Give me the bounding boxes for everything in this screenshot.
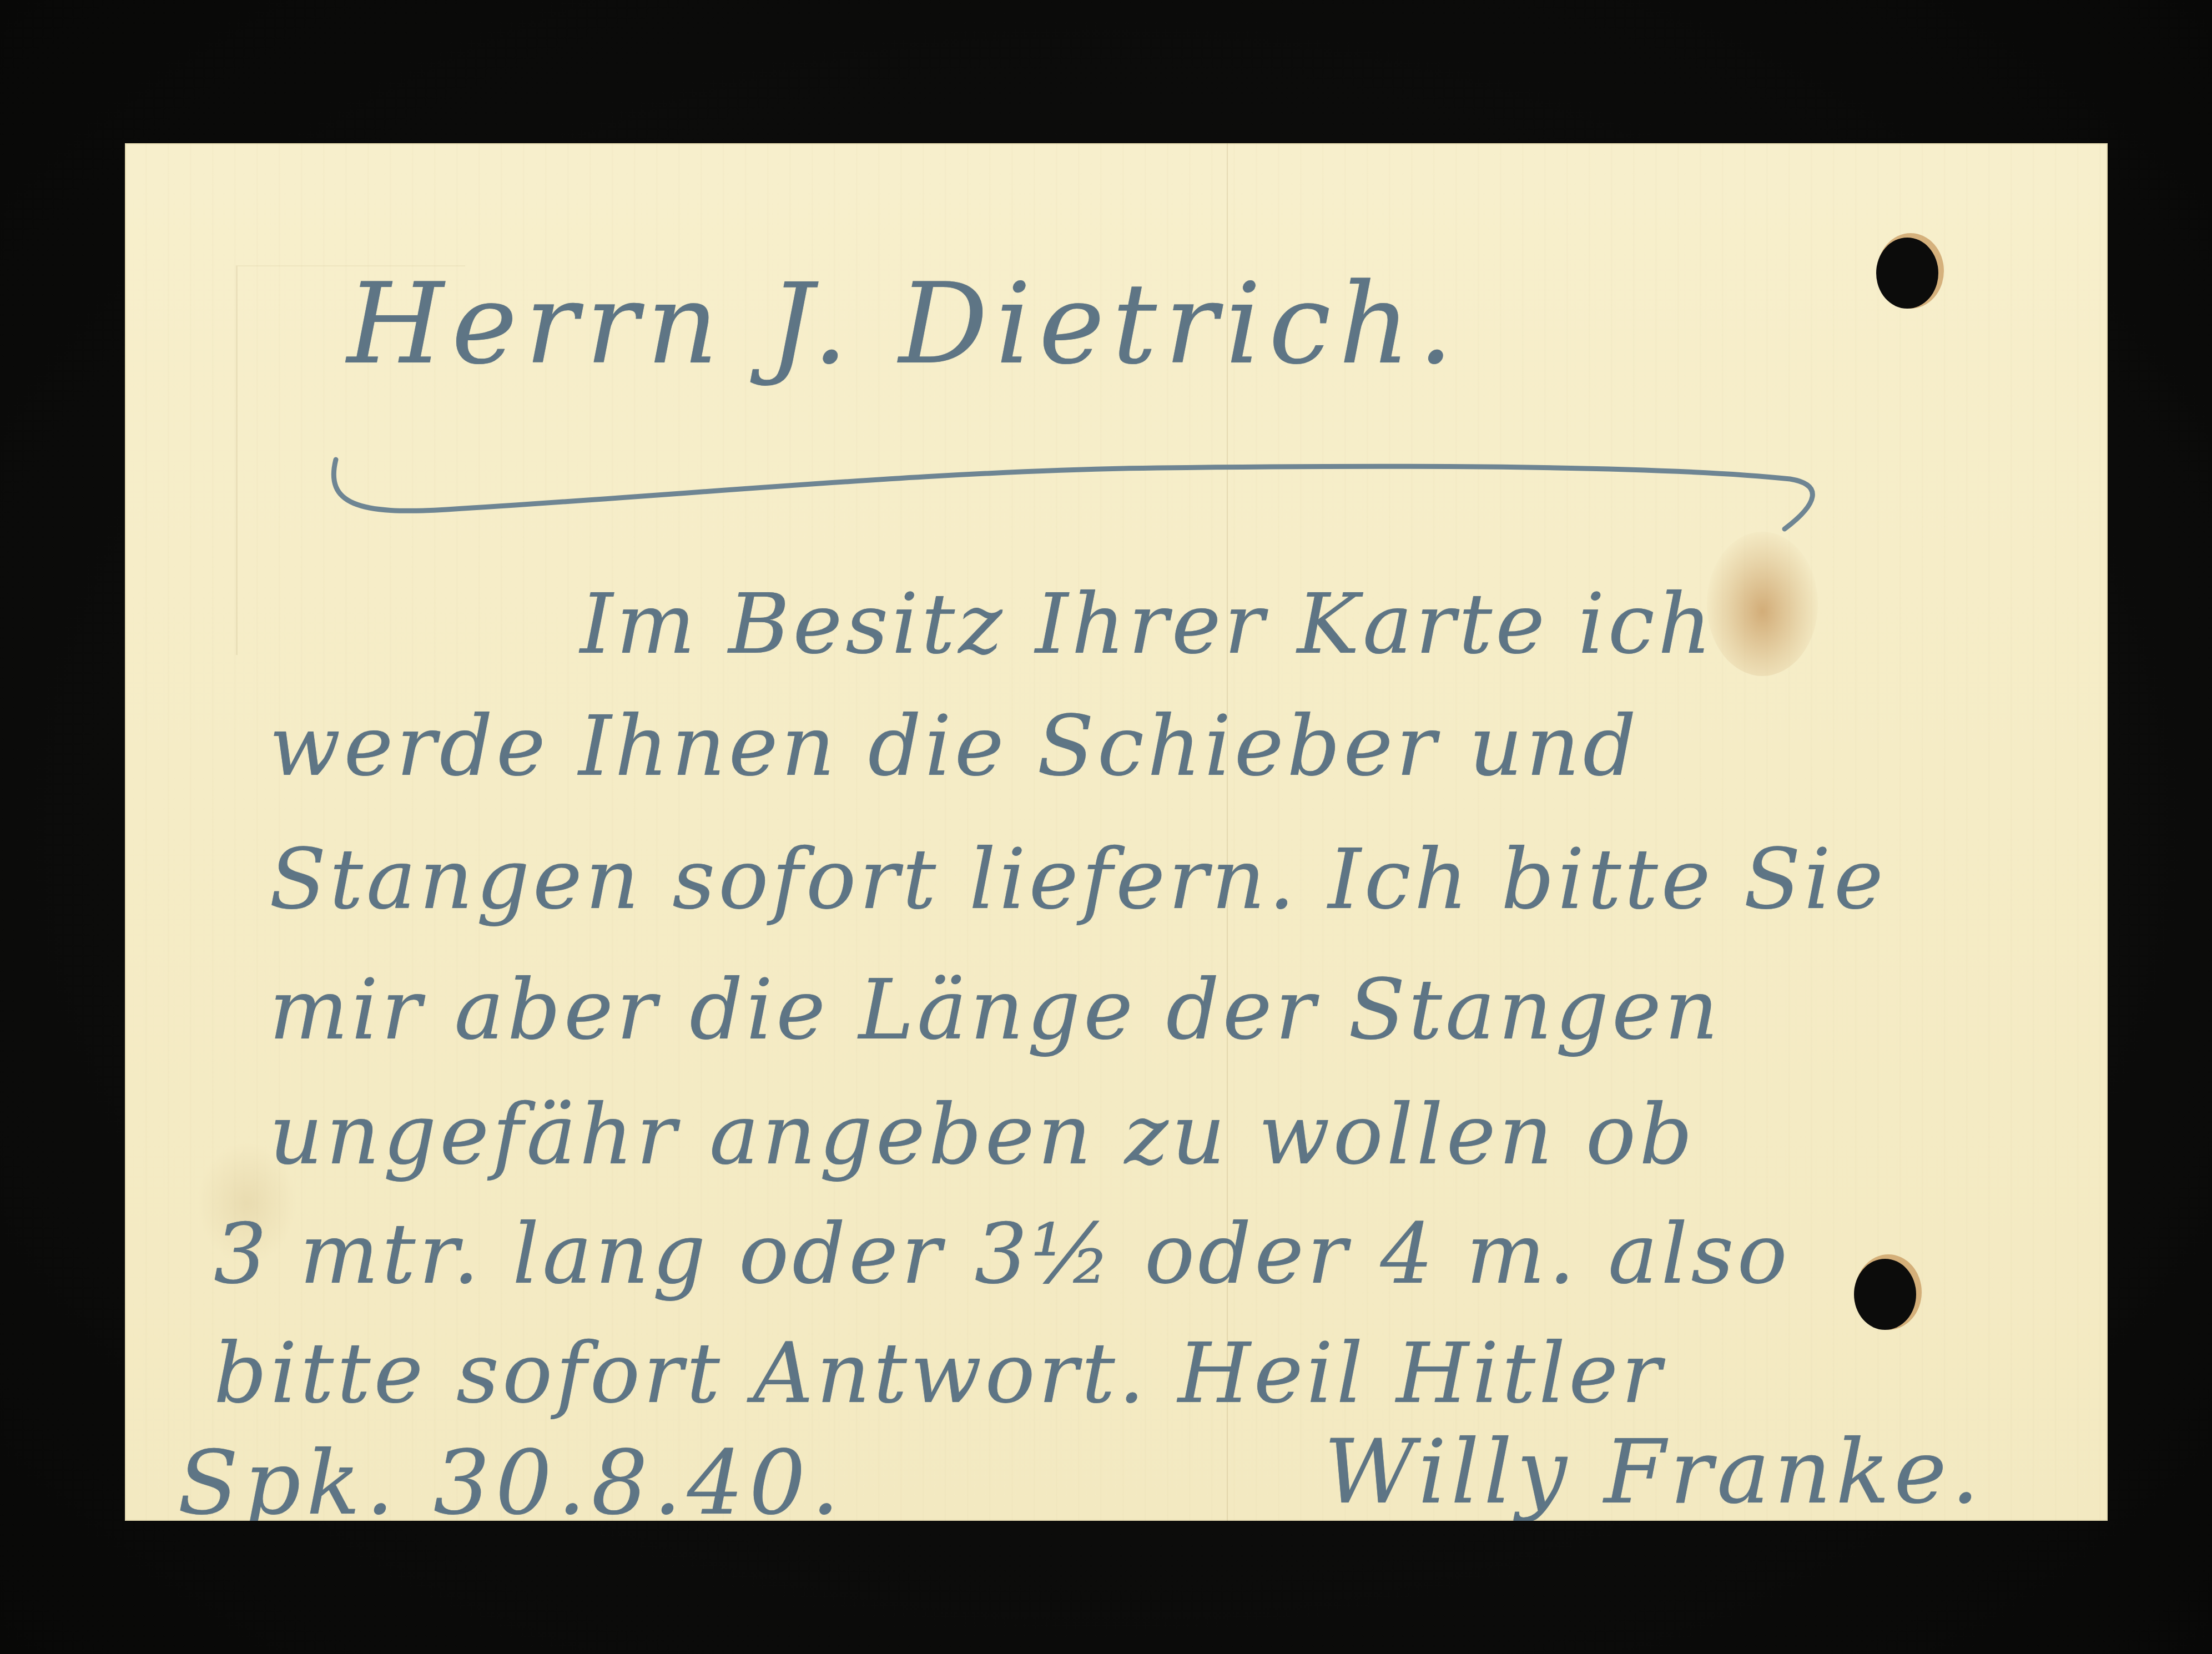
punch-hole-icon [1876, 238, 1938, 309]
body-line-7: bitte sofort Antwort. Heil Hitler [214, 1325, 1665, 1422]
salutation-underline [325, 454, 1823, 537]
salutation: Herrn J. Dietrich. [347, 260, 1461, 389]
body-line-3: Stangen sofort liefern. Ich bitte Sie [269, 831, 1887, 928]
body-line-1: Im Besitz Ihrer Karte ich [580, 576, 1715, 673]
signature: Willy Franke. [1324, 1420, 1984, 1521]
body-line-6: 3 mtr. lang oder 3½ oder 4 m. also [214, 1206, 1791, 1303]
body-line-5: ungefähr angeben zu wollen ob [269, 1087, 1696, 1183]
postcard: Herrn J. Dietrich. Im Besitz Ihrer Karte… [125, 143, 2108, 1521]
place-date: Spk. 30.8.40. [178, 1431, 845, 1521]
punch-hole-icon [1854, 1259, 1916, 1330]
body-line-4: mir aber die Länge der Stangen [269, 962, 1721, 1058]
rust-stain [1707, 532, 1818, 676]
body-line-2: werde Ihnen die Schieber und [269, 698, 1640, 795]
